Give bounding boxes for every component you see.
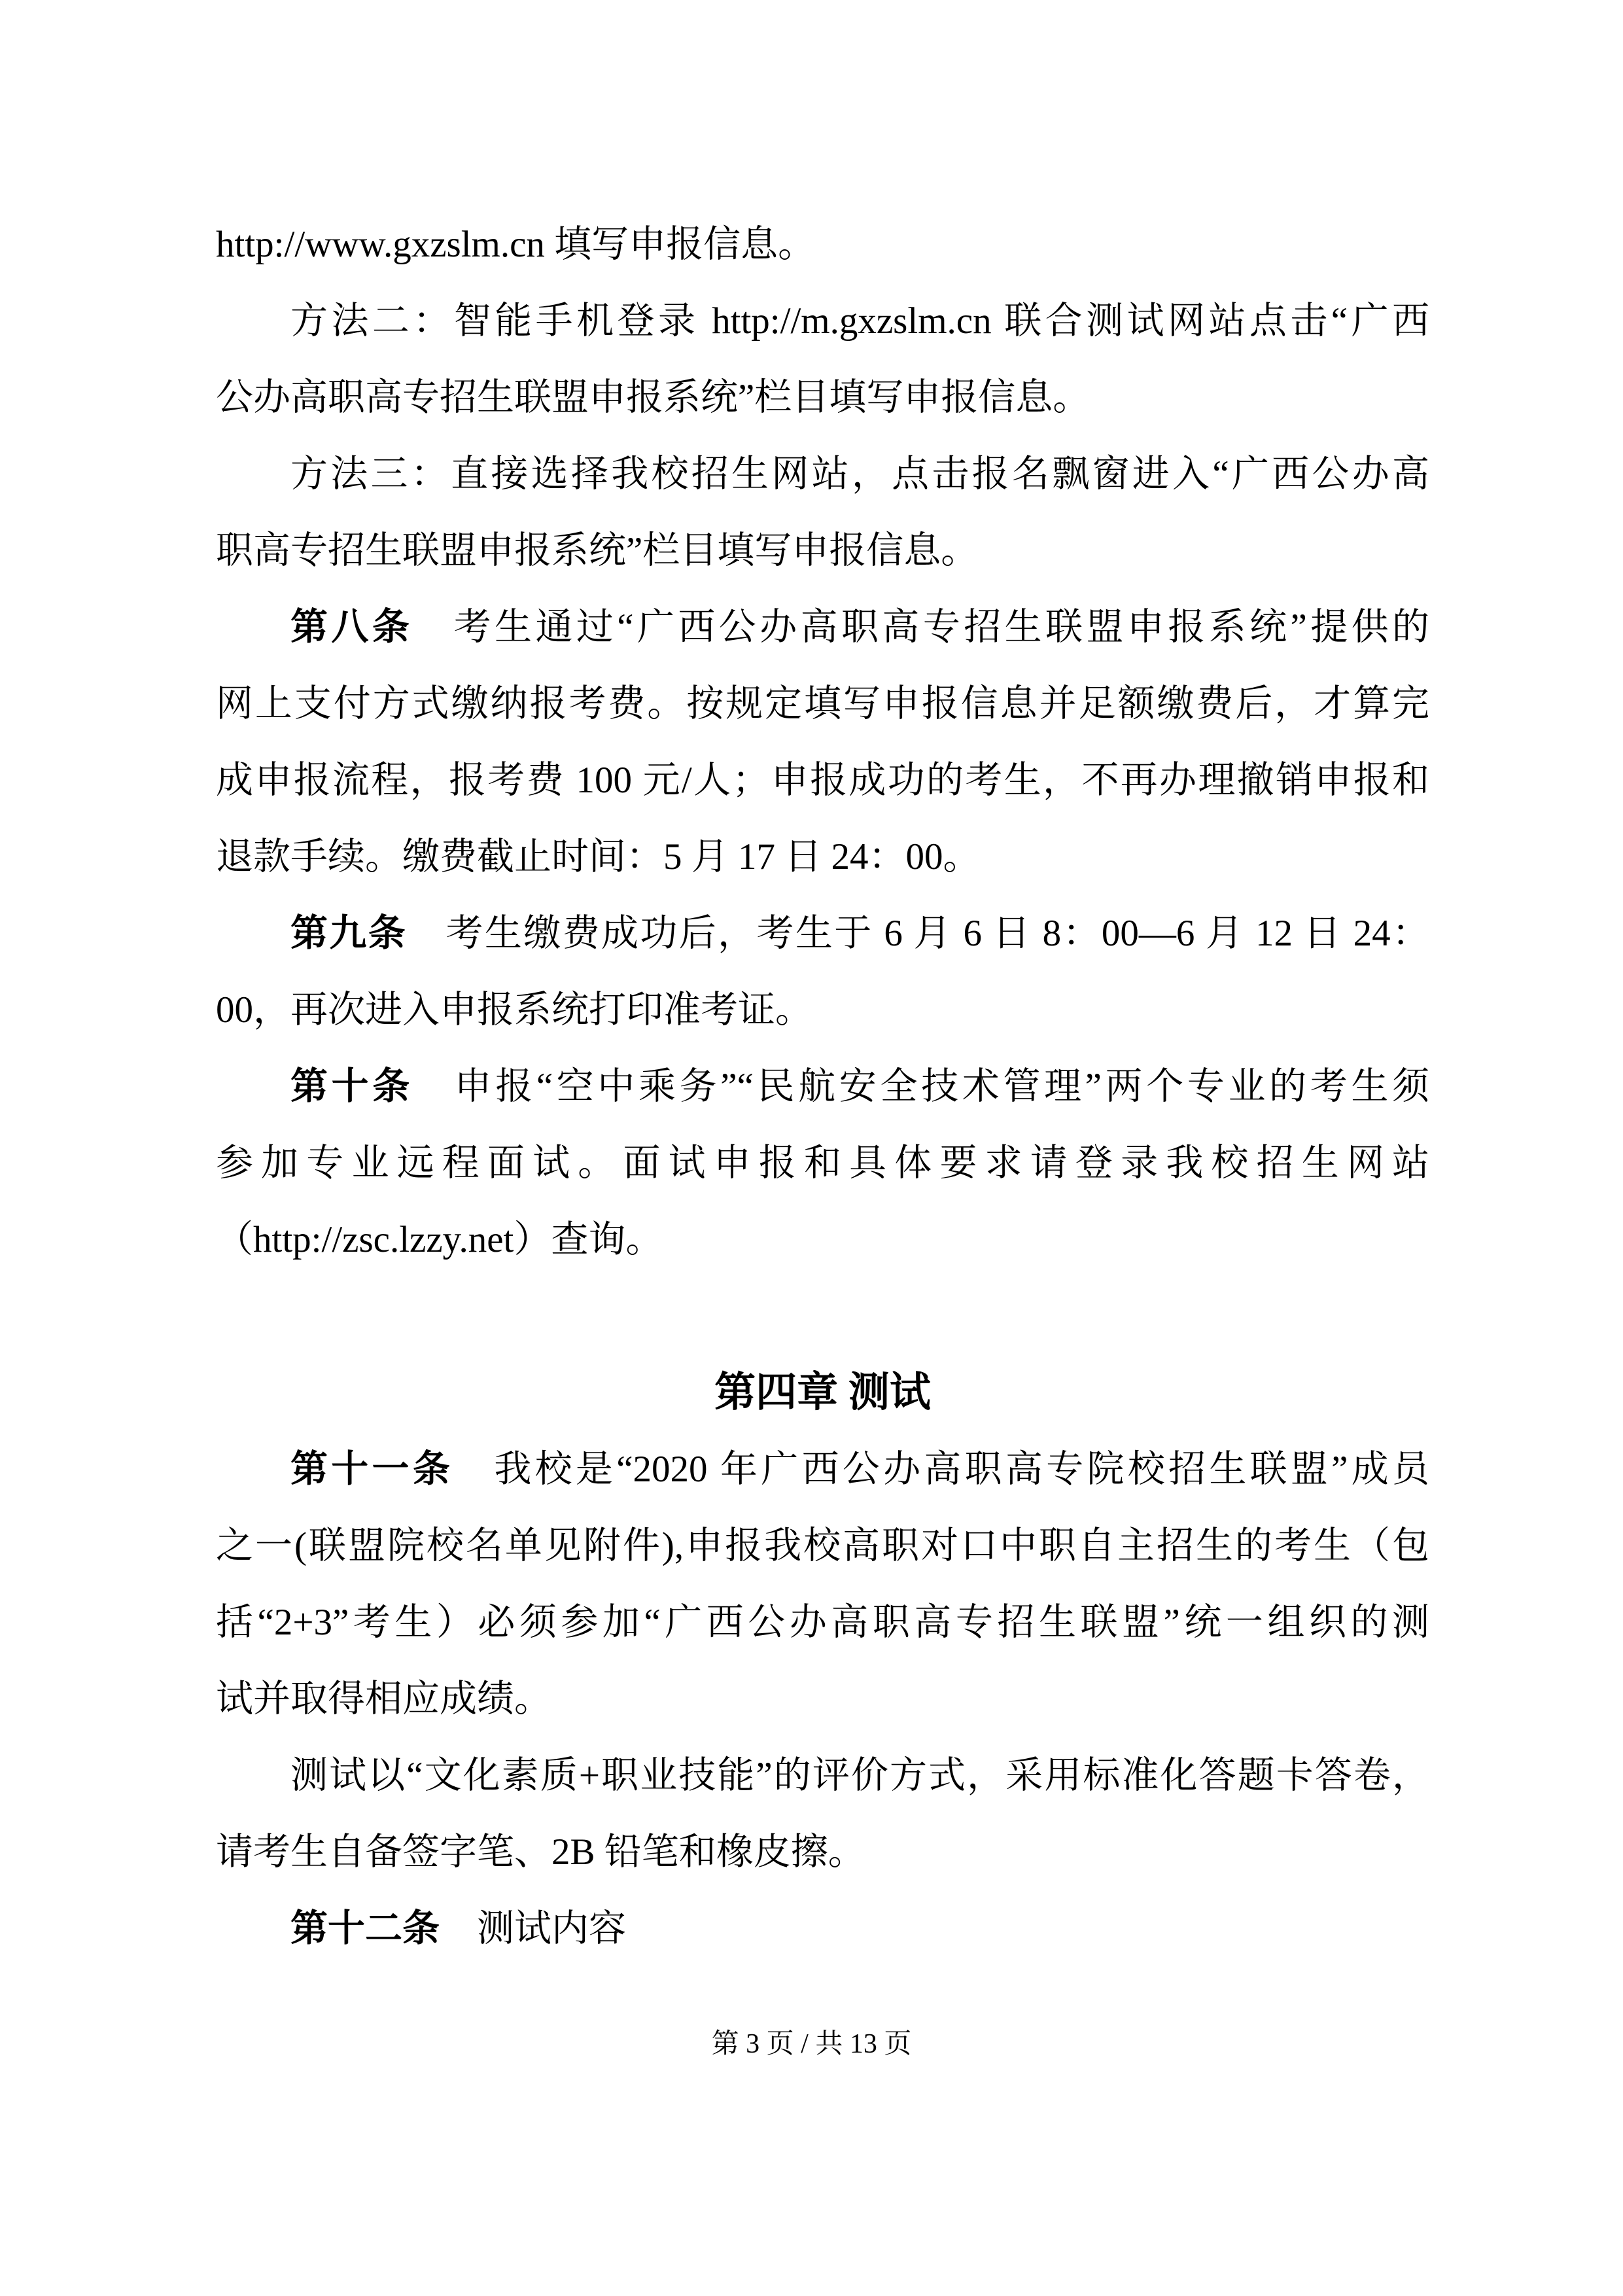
text-line: 第八条 考生通过“广西公办高职高专招生联盟申报系统”提供的	[216, 589, 1429, 665]
text-line: 试并取得相应成绩。	[216, 1661, 1429, 1737]
text-segment: 方法二：智能手机登录 http://m.gxzslm.cn 联合测试网站点击“广…	[290, 300, 1429, 342]
text-segment: 测试以“文化素质+职业技能”的评价方式，采用标准化答题卡答卷，	[290, 1755, 1429, 1796]
article-label: 第十一条	[290, 1449, 453, 1490]
text-line: 第十条 申报“空中乘务”“民航安全技术管理”两个专业的考生须	[216, 1048, 1429, 1125]
text-segment: 试并取得相应成绩。	[216, 1678, 551, 1720]
document-page: http://www.gxzslm.cn 填写申报信息。方法二：智能手机登录 h…	[0, 0, 1623, 2296]
text-segment: 测试内容	[440, 1908, 626, 1949]
text-segment: 之一(联盟院校名单见附件),申报我校高职对口中职自主招生的考生（包	[216, 1525, 1429, 1566]
text-segment: 方法三：直接选择我校招生网站，点击报名飘窗进入“广西公办高	[290, 453, 1429, 495]
article-label: 第八条	[290, 607, 413, 648]
article-label: 第十二条	[290, 1908, 440, 1949]
text-segment: 公办高职高专招生联盟申报系统”栏目填写申报信息。	[216, 377, 1090, 418]
article-label: 第九条	[290, 913, 407, 954]
text-segment: 括“2+3”考生）必须参加“广西公办高职高专招生联盟”统一组织的测	[216, 1602, 1429, 1643]
text-line: 括“2+3”考生）必须参加“广西公办高职高专招生联盟”统一组织的测	[216, 1584, 1429, 1661]
text-segment: （http://zsc.lzzy.net）查询。	[216, 1219, 663, 1260]
text-segment: 参加专业远程面试。面试申报和具体要求请登录我校招生网站	[216, 1142, 1429, 1184]
text-line: 第九条 考生缴费成功后，考生于 6 月 6 日 8：00—6 月 12 日 24…	[216, 895, 1429, 972]
text-line: http://www.gxzslm.cn 填写申报信息。	[216, 206, 1429, 283]
text-segment: 职高专招生联盟申报系统”栏目填写申报信息。	[216, 530, 978, 571]
article-label: 第十条	[290, 1066, 413, 1107]
page-number-footer: 第 3 页 / 共 13 页	[0, 2022, 1623, 2061]
text-line: 职高专招生联盟申报系统”栏目填写申报信息。	[216, 512, 1429, 589]
document-body: http://www.gxzslm.cn 填写申报信息。方法二：智能手机登录 h…	[216, 206, 1429, 1967]
text-line: 测试以“文化素质+职业技能”的评价方式，采用标准化答题卡答卷，	[216, 1737, 1429, 1814]
text-line: 第十一条 我校是“2020 年广西公办高职高专院校招生联盟”成员	[216, 1431, 1429, 1508]
text-line: 00，再次进入申报系统打印准考证。	[216, 972, 1429, 1048]
text-line: 之一(联盟院校名单见附件),申报我校高职对口中职自主招生的考生（包	[216, 1508, 1429, 1584]
text-segment: 成申报流程，报考费 100 元/人；申报成功的考生，不再办理撤销申报和	[216, 760, 1429, 801]
text-segment: http://www.gxzslm.cn 填写申报信息。	[216, 224, 815, 265]
text-line: 参加专业远程面试。面试申报和具体要求请登录我校招生网站	[216, 1125, 1429, 1201]
text-segment: 退款手续。缴费截止时间：5 月 17 日 24：00。	[216, 836, 981, 877]
text-segment: 考生通过“广西公办高职高专招生联盟申报系统”提供的	[413, 607, 1429, 648]
text-line: 方法二：智能手机登录 http://m.gxzslm.cn 联合测试网站点击“广…	[216, 283, 1429, 359]
text-line: （http://zsc.lzzy.net）查询。	[216, 1201, 1429, 1278]
text-segment: 请考生自备签字笔、2B 铅笔和橡皮擦。	[216, 1831, 865, 1873]
text-line: 网上支付方式缴纳报考费。按规定填写申报信息并足额缴费后，才算完	[216, 665, 1429, 742]
text-segment: 考生缴费成功后，考生于 6 月 6 日 8：00—6 月 12 日 24：	[407, 913, 1429, 954]
text-line: 成申报流程，报考费 100 元/人；申报成功的考生，不再办理撤销申报和	[216, 742, 1429, 819]
article-label: 第四章 测试	[714, 1369, 931, 1415]
text-segment: 网上支付方式缴纳报考费。按规定填写申报信息并足额缴费后，才算完	[216, 683, 1429, 724]
text-segment: 申报“空中乘务”“民航安全技术管理”两个专业的考生须	[413, 1066, 1429, 1107]
text-segment: 我校是“2020 年广西公办高职高专院校招生联盟”成员	[453, 1449, 1429, 1490]
text-line: 退款手续。缴费截止时间：5 月 17 日 24：00。	[216, 819, 1429, 895]
text-line: 方法三：直接选择我校招生网站，点击报名飘窗进入“广西公办高	[216, 436, 1429, 512]
chapter-heading: 第四章 测试	[216, 1354, 1429, 1431]
text-segment: 00，再次进入申报系统打印准考证。	[216, 989, 812, 1031]
text-line: 第十二条 测试内容	[216, 1890, 1429, 1967]
text-line: 请考生自备签字笔、2B 铅笔和橡皮擦。	[216, 1814, 1429, 1890]
text-line: 公办高职高专招生联盟申报系统”栏目填写申报信息。	[216, 359, 1429, 436]
